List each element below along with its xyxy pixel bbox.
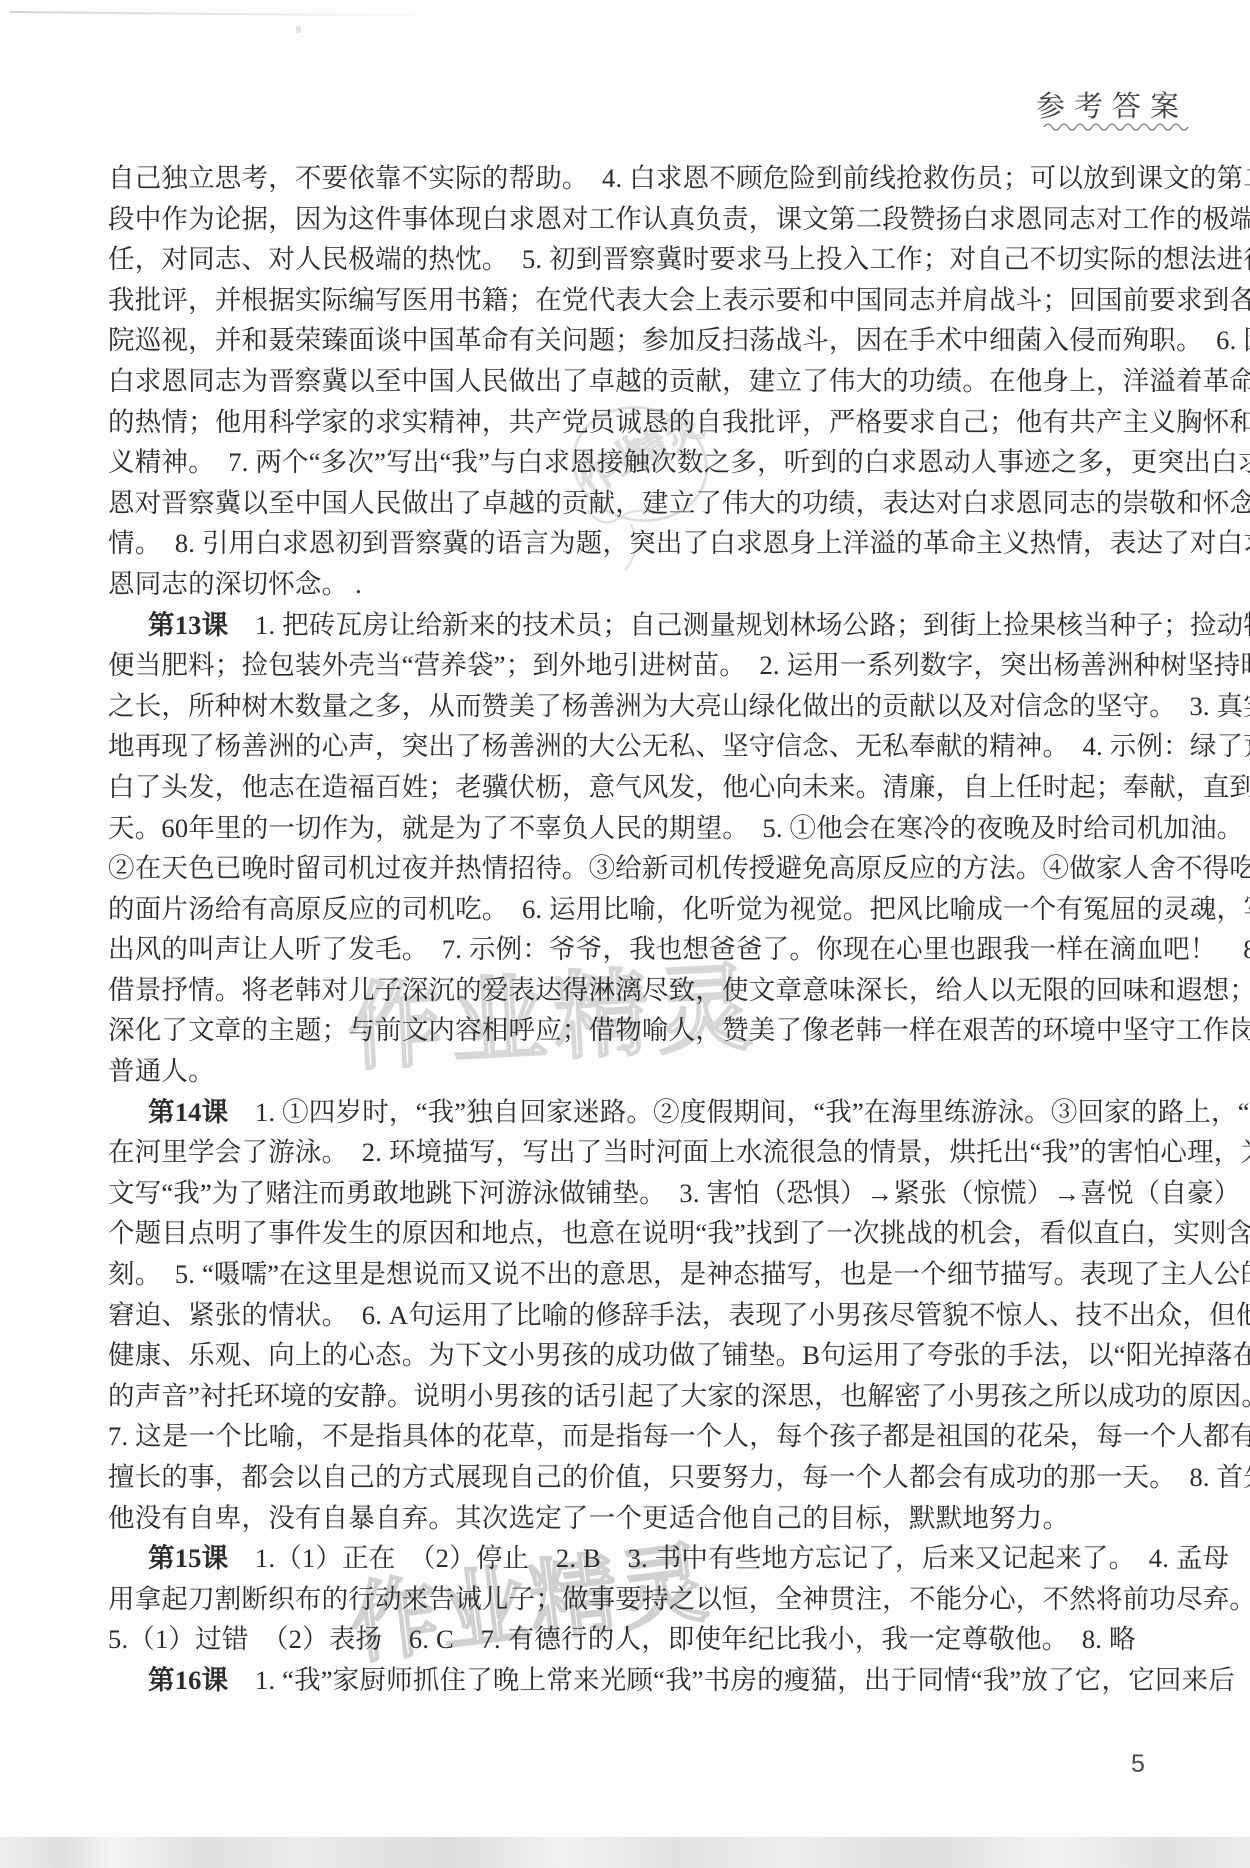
text-line: 擅长的事，都会以自己的方式展现自己的价值，只要努力，每一个人都会有成功的那一天。…: [108, 1457, 1183, 1498]
text-line: 普通人。: [108, 1051, 1183, 1092]
text-line: 白了头发，他志在造福百姓；老骥伏枥，意气风发，他心向未来。清廉，自上任时起；奉献…: [108, 767, 1183, 808]
text-line: 7. 这是一个比喻，不是指具体的花草，而是指每一个人，每个孩子都是祖国的花朵，每…: [108, 1416, 1183, 1457]
text-line: 情。 8. 引用白求恩初到晋察冀的语言为题，突出了白求恩身上洋溢的革命主义热情，…: [108, 523, 1183, 564]
text-line: 天。60年里的一切作为，就是为了不辜负人民的期望。 5. ①他会在寒冷的夜晚及时…: [108, 808, 1183, 849]
lesson-heading: 第15课: [148, 1543, 228, 1573]
lesson-heading: 第14课: [148, 1097, 228, 1127]
text-line: 院巡视，并和聂荣臻面谈中国革命有关问题；参加反扫荡战斗，因在手术中细菌入侵而殉职…: [108, 320, 1183, 361]
text-line: 恩同志的深切怀念。 .: [108, 564, 1183, 605]
lesson-heading: 第13课: [148, 610, 228, 640]
text-line: 用拿起刀割断织布的行动来告诫儿子；做事要持之以恒，全神贯注，不能分心，不然将前功…: [108, 1579, 1183, 1620]
text-line: 恩对晋察冀以至中国人民做出了卓越的贡献，建立了伟大的功绩，表达对白求恩同志的崇敬…: [108, 483, 1183, 524]
text-line: 他没有自卑，没有自暴自弃。其次选定了一个更适合他自己的目标，默默地努力。: [108, 1498, 1183, 1539]
scanned-answer-page: 参考答案 作业 精灵 作业精灵 作业精灵 自己独立思考，不要依靠不实际的帮助。 …: [0, 0, 1250, 1868]
text-line: 第13课 1. 把砖瓦房让给新来的技术员；自己测量规划林场公路；到街上捡果核当种…: [108, 605, 1183, 646]
body-text: 自己独立思考，不要依靠不实际的帮助。 4. 白求恩不顾危险到前线抢救伤员；可以放…: [108, 158, 1183, 1701]
text-line: 段中作为论据，因为这件事体现白求恩对工作认真负责，课文第二段赞扬白求恩同志对工作…: [108, 199, 1183, 240]
text-line: 刻。 5. “嗫嚅”在这里是想说而又说不出的意思，是神态描写，也是一个细节描写。…: [108, 1254, 1183, 1295]
text-line: 深化了文章的主题；与前文内容相呼应；借物喻人，赞美了像老韩一样在艰苦的环境中坚守…: [108, 1010, 1183, 1051]
text-line: 第14课 1. ①四岁时，“我”独自回家迷路。②度假期间，“我”在海里练游泳。③…: [108, 1092, 1183, 1133]
text-line: 第16课 1. “我”家厨师抓住了晚上常来光顾“我”书房的瘦猫，出于同情“我”放…: [108, 1660, 1183, 1701]
text-line: 之长，所种树木数量之多，从而赞美了杨善洲为大亮山绿化做出的贡献以及对信念的坚守。…: [108, 686, 1183, 727]
scan-streak-artifact: [10, 11, 455, 17]
text-line: 的面片汤给有高原反应的司机吃。 6. 运用比喻，化听觉为视觉。把风比喻成一个有冤…: [108, 889, 1183, 930]
text-line: 个题目点明了事件发生的原因和地点，也意在说明“我”找到了一次挑战的机会，看似直白…: [108, 1213, 1183, 1254]
scan-speck-artifact: [296, 26, 301, 33]
text-line: 第15课 1.（1）正在 （2）停止 2. B 3. 书中有些地方忘记了，后来又…: [108, 1538, 1183, 1579]
text-line: 在河里学会了游泳。 2. 环境描写，写出了当时河面上水流很急的情景，烘托出“我”…: [108, 1132, 1183, 1173]
wavy-underline-icon: [1042, 122, 1192, 132]
text-line: 义精神。 7. 两个“多次”写出“我”与白求恩接触次数之多，听到的白求恩动人事迹…: [108, 442, 1183, 483]
text-line: 文写“我”为了赌注而勇敢地跳下河游泳做铺垫。 3. 害怕（恐惧）→紧张（惊慌）→…: [108, 1173, 1183, 1214]
text-line: 我批评，并根据实际编写医用书籍；在党代表大会上表示要和中国同志并肩战斗；回国前要…: [108, 280, 1183, 321]
text-line: 白求恩同志为晋察冀以至中国人民做出了卓越的贡献，建立了伟大的功绩。在他身上，洋溢…: [108, 361, 1183, 402]
text-line: 出风的叫声让人听了发毛。 7. 示例：爷爷，我也想爸爸了。你现在心里也跟我一样在…: [108, 929, 1183, 970]
text-line: 便当肥料；捡包装外壳当“营养袋”；到外地引进树苗。 2. 运用一系列数字，突出杨…: [108, 645, 1183, 686]
text-line: 健康、乐观、向上的心态。为下文小男孩的成功做了铺垫。B句运用了夸张的手法，以“阳…: [108, 1335, 1183, 1376]
page-header-title: 参考答案: [1036, 84, 1188, 125]
lesson-heading: 第16课: [148, 1665, 228, 1695]
text-line: 借景抒情。将老韩对儿子深沉的爱表达得淋漓尽致，使文章意味深长，给人以无限的回味和…: [108, 970, 1183, 1011]
scan-edge-band: [0, 1837, 1250, 1868]
text-line: 自己独立思考，不要依靠不实际的帮助。 4. 白求恩不顾危险到前线抢救伤员；可以放…: [108, 158, 1183, 199]
text-line: 地再现了杨善洲的心声，突出了杨善洲的大公无私、坚守信念、无私奉献的精神。 4. …: [108, 726, 1183, 767]
page-number: 5: [1131, 1750, 1145, 1779]
text-line: ②在天色已晚时留司机过夜并热情招待。③给新司机传授避免高原反应的方法。④做家人舍…: [108, 848, 1183, 889]
text-line: 窘迫、紧张的情状。 6. A句运用了比喻的修辞手法，表现了小男孩尽管貌不惊人、技…: [108, 1295, 1183, 1336]
text-line: 的热情；他用科学家的求实精神，共产党员诚恳的自我批评，严格要求自己；他有共产主义…: [108, 402, 1183, 443]
text-line: 任，对同志、对人民极端的热忱。 5. 初到晋察冀时要求马上投入工作；对自己不切实…: [108, 239, 1183, 280]
text-line: 5.（1）过错 （2）表扬 6. C 7. 有德行的人，即使年纪比我小，我一定尊…: [108, 1619, 1183, 1660]
text-line: 的声音”衬托环境的安静。说明小男孩的话引起了大家的深思，也解密了小男孩之所以成功…: [108, 1376, 1183, 1417]
